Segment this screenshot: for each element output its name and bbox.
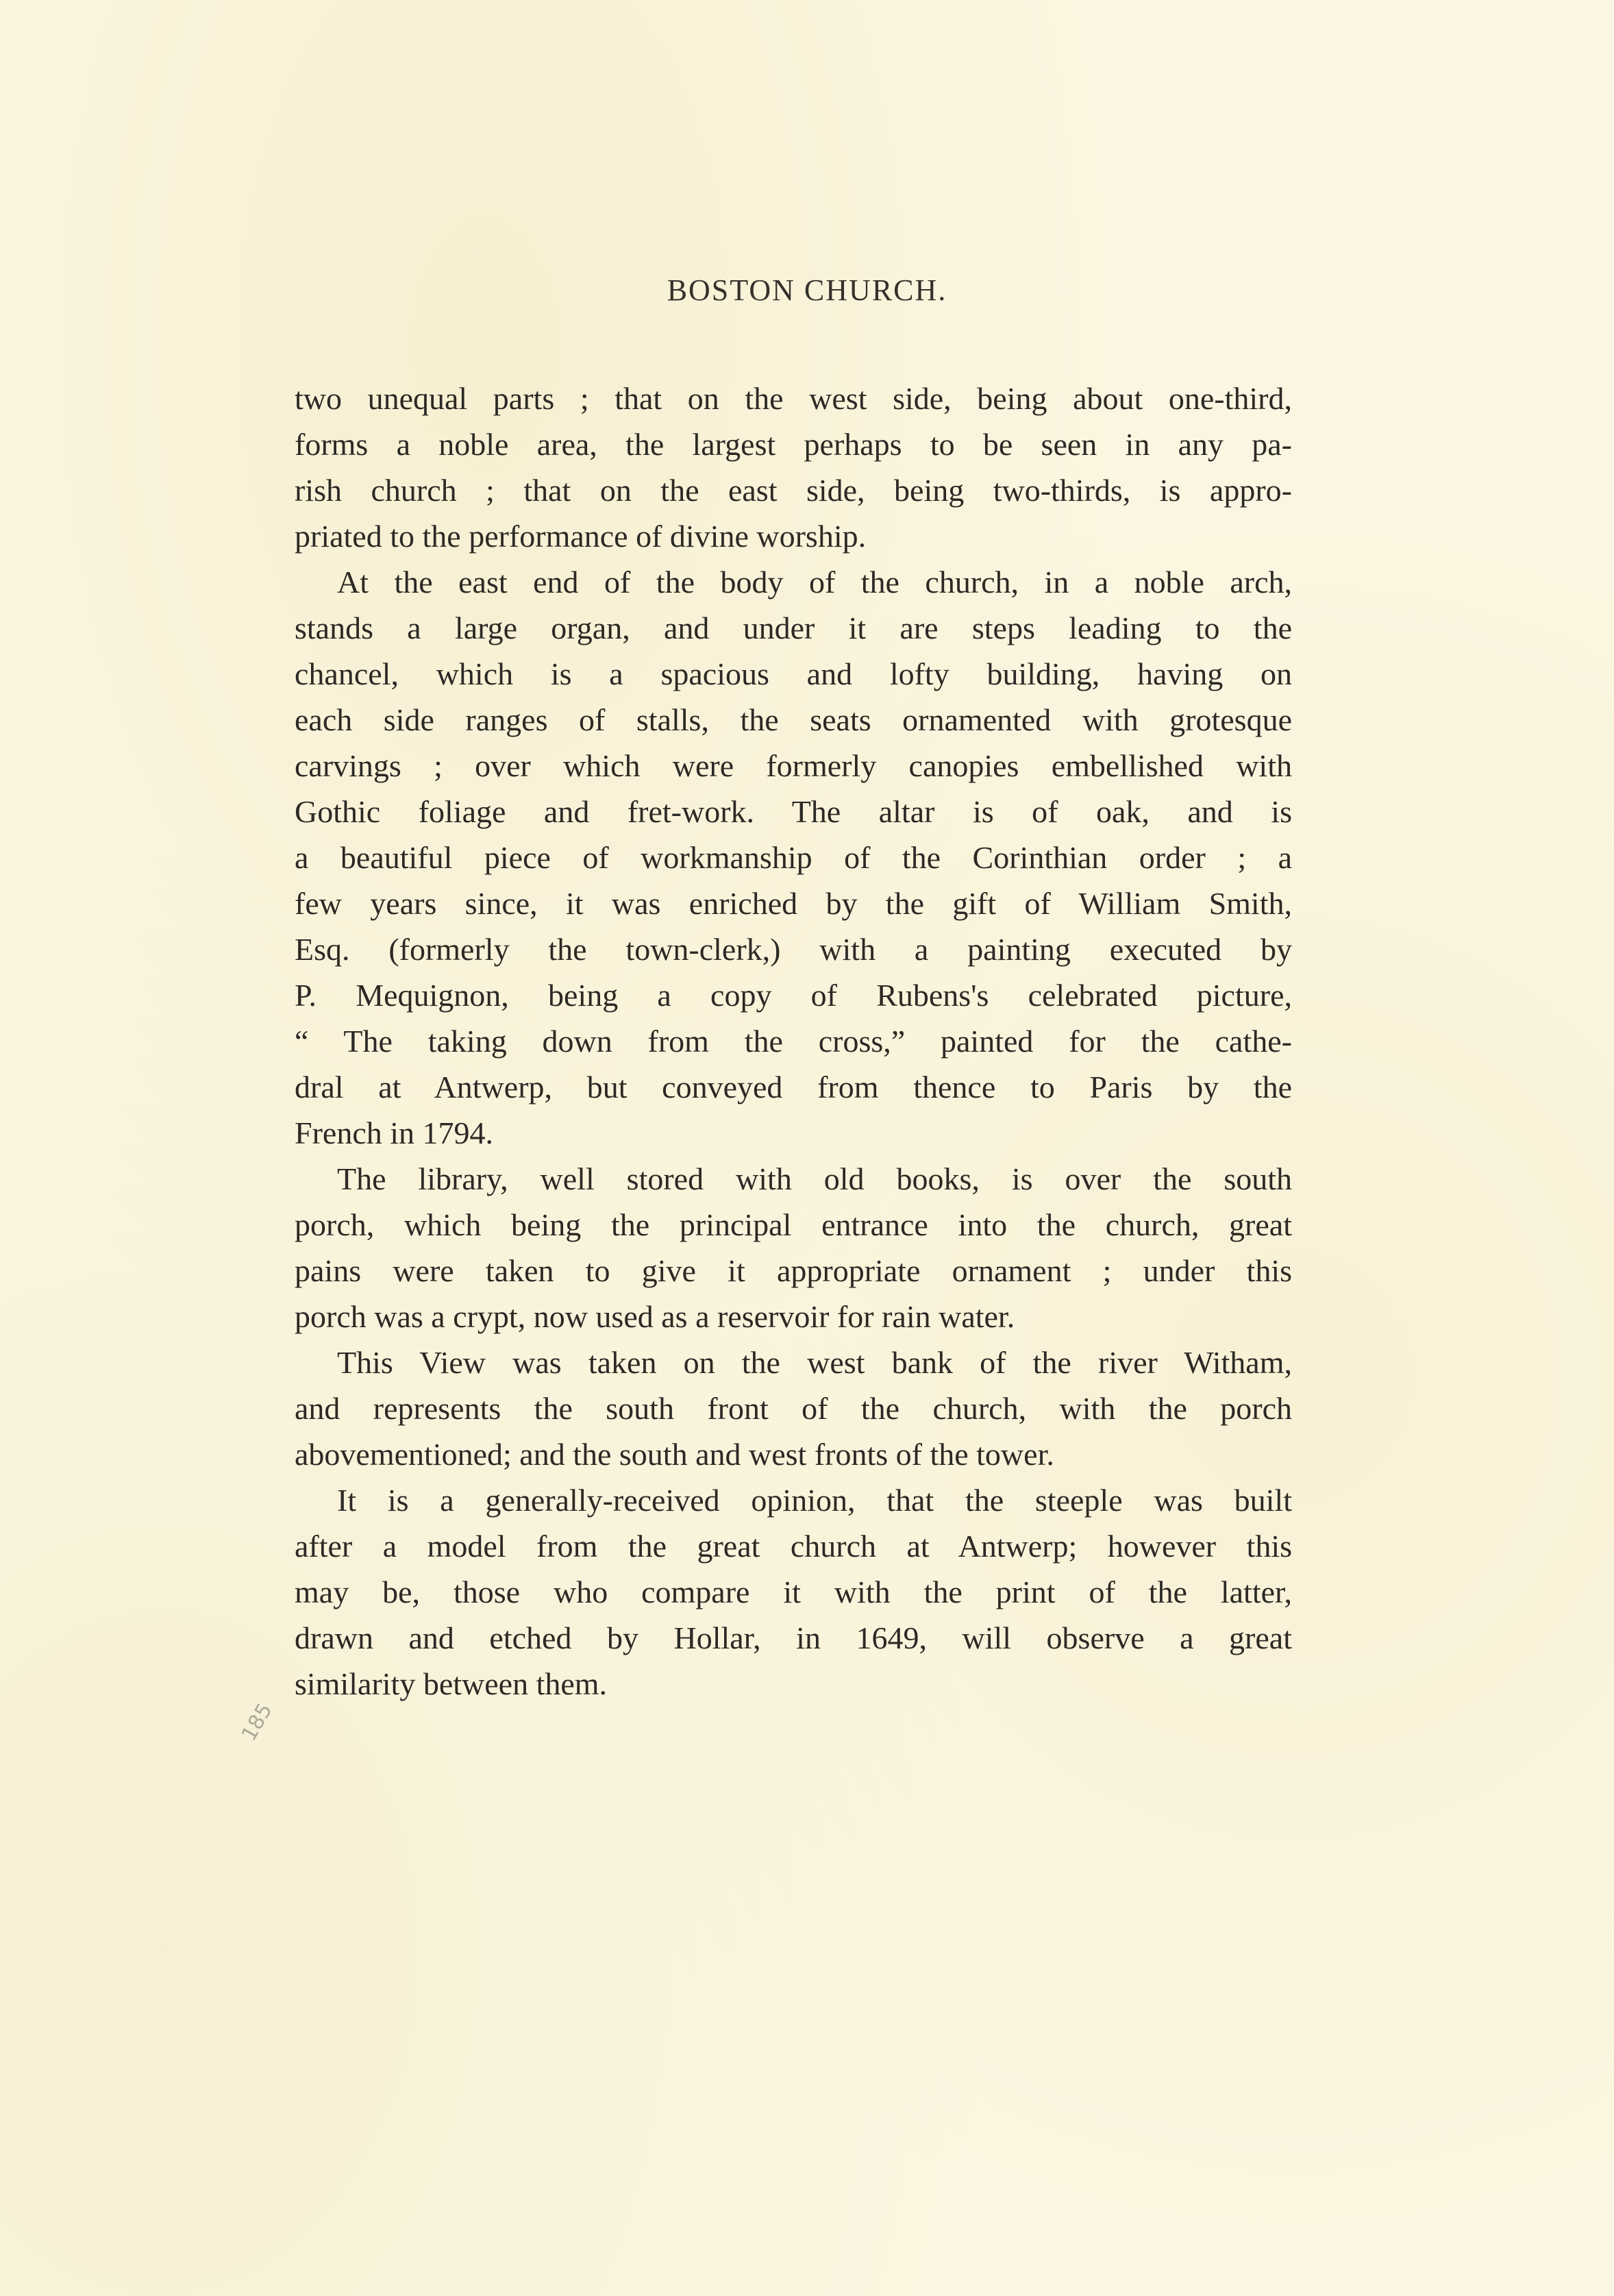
text-line: after a model from the great church at A… xyxy=(295,1523,1292,1569)
text-line: Esq. (formerly the town-clerk,) with a p… xyxy=(295,926,1292,972)
text-line: This View was taken on the west bank of … xyxy=(295,1340,1292,1385)
text-line: “ The taking down from the cross,” paint… xyxy=(295,1018,1292,1064)
text-line: abovementioned; and the south and west f… xyxy=(295,1431,1292,1477)
paragraph: The library, well stored with old books,… xyxy=(295,1156,1292,1340)
text-line: French in 1794. xyxy=(295,1110,1292,1156)
paragraph: At the east end of the body of the churc… xyxy=(295,559,1292,1156)
text-line: P. Mequignon, being a copy of Rubens's c… xyxy=(295,972,1292,1018)
running-head: BOSTON CHURCH. xyxy=(0,273,1614,308)
pencil-annotation: 185 xyxy=(237,1703,301,1760)
text-line: each side ranges of stalls, the seats or… xyxy=(295,697,1292,743)
text-line: similarity between them. xyxy=(295,1661,1292,1707)
paragraph: two unequal parts ; that on the west sid… xyxy=(295,375,1292,559)
text-line: few years since, it was enriched by the … xyxy=(295,880,1292,926)
text-line: The library, well stored with old books,… xyxy=(295,1156,1292,1202)
text-line: stands a large organ, and under it are s… xyxy=(295,605,1292,651)
text-line: drawn and etched by Hollar, in 1649, wil… xyxy=(295,1615,1292,1661)
paragraph: This View was taken on the west bank of … xyxy=(295,1340,1292,1477)
text-line: pains were taken to give it appropriate … xyxy=(295,1248,1292,1294)
text-line: carvings ; over which were formerly cano… xyxy=(295,743,1292,789)
text-line: Gothic foliage and fret-work. The altar … xyxy=(295,789,1292,835)
text-line: At the east end of the body of the churc… xyxy=(295,559,1292,605)
text-line: dral at Antwerp, but conveyed from thenc… xyxy=(295,1064,1292,1110)
text-line: priated to the performance of divine wor… xyxy=(295,513,1292,559)
text-line: chancel, which is a spacious and lofty b… xyxy=(295,651,1292,697)
text-line: may be, those who compare it with the pr… xyxy=(295,1569,1292,1615)
document-page: BOSTON CHURCH. two unequal parts ; that … xyxy=(0,0,1614,2296)
paragraph: It is a generally-received opinion, that… xyxy=(295,1477,1292,1707)
body-text: two unequal parts ; that on the west sid… xyxy=(295,375,1292,1707)
text-line: a beautiful piece of workmanship of the … xyxy=(295,835,1292,880)
text-line: It is a generally-received opinion, that… xyxy=(295,1477,1292,1523)
text-line: two unequal parts ; that on the west sid… xyxy=(295,375,1292,421)
text-line: and represents the south front of the ch… xyxy=(295,1385,1292,1431)
text-line: forms a noble area, the largest perhaps … xyxy=(295,421,1292,467)
text-line: porch was a crypt, now used as a reservo… xyxy=(295,1294,1292,1340)
text-line: rish church ; that on the east side, bei… xyxy=(295,467,1292,513)
text-line: porch, which being the principal entranc… xyxy=(295,1202,1292,1248)
